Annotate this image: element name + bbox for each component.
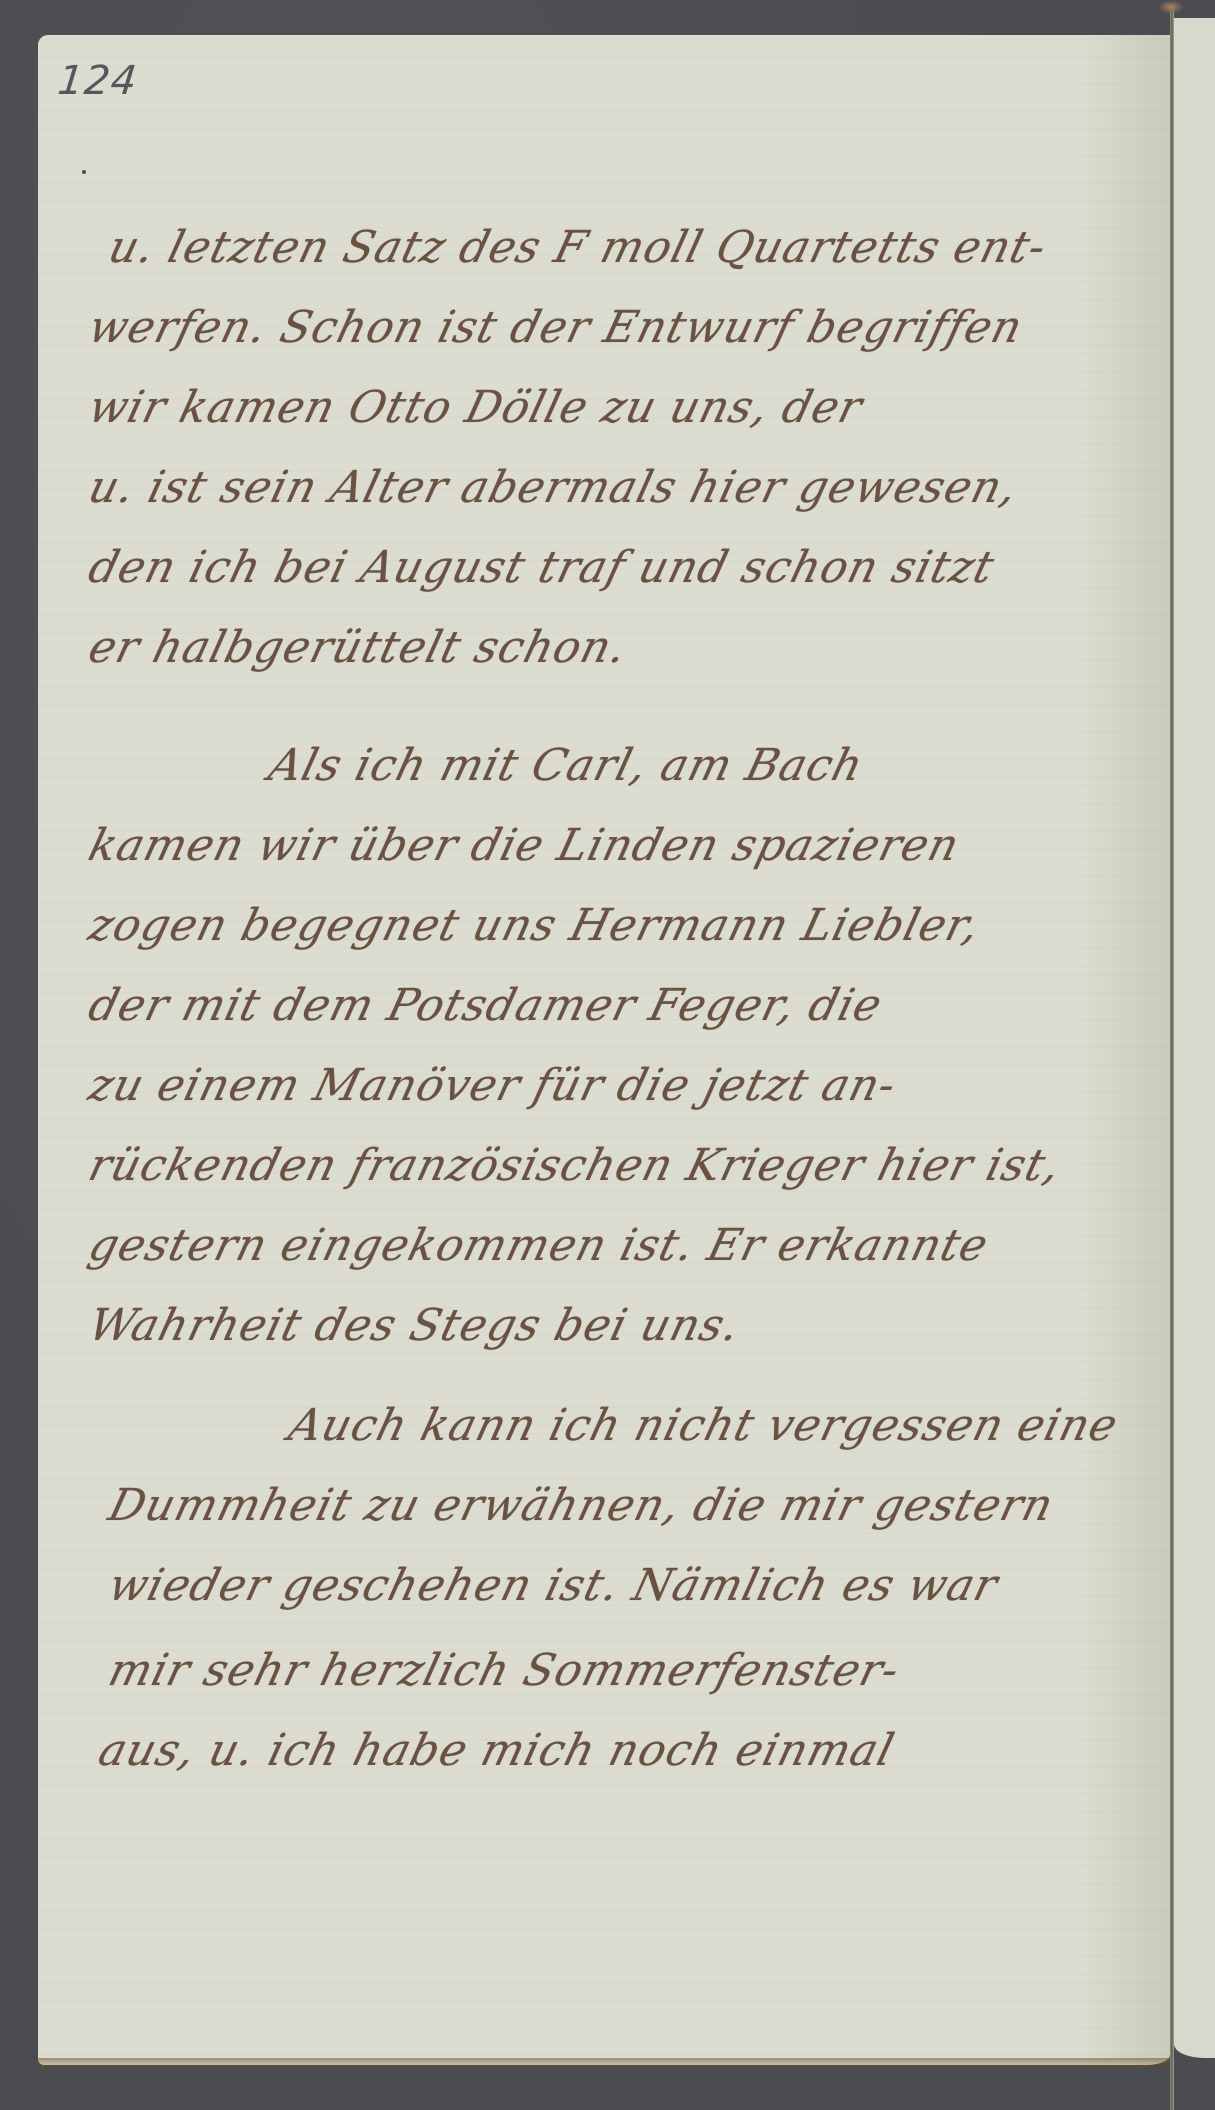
- handwritten-line: Dummheit zu erwähnen, die mir gestern: [104, 1480, 1059, 1531]
- handwritten-line: zu einem Manöver für die jetzt an-: [84, 1060, 902, 1111]
- handwritten-line: zogen begegnet uns Hermann Liebler,: [84, 900, 986, 951]
- handwritten-line: den ich bei August traf und schon sitzt: [84, 542, 1000, 593]
- handwritten-line: u. letzten Satz des F moll Quartetts ent…: [104, 222, 1052, 273]
- handwritten-line: gestern eingekommen ist. Er erkannte: [84, 1220, 994, 1271]
- handwritten-line: er halbgerüttelt schon.: [84, 622, 633, 673]
- binding-gutter: [1170, 10, 1174, 2110]
- handwritten-line: kamen wir über die Linden spazieren: [84, 820, 965, 871]
- next-page-edge: [1174, 18, 1215, 2058]
- handwritten-line: der mit dem Potsdamer Feger, die: [84, 980, 888, 1031]
- handwritten-line: Wahrheit des Stegs bei uns.: [84, 1300, 746, 1351]
- ink-spot: [82, 170, 86, 174]
- handwritten-line: rückenden französischen Krieger hier ist…: [84, 1140, 1066, 1191]
- handwritten-line: u. ist sein Alter abermals hier gewesen,: [84, 462, 1023, 513]
- handwritten-line: wieder geschehen ist. Nämlich es war: [104, 1560, 1004, 1611]
- handwritten-line: Als ich mit Carl, am Bach: [264, 740, 869, 791]
- handwritten-line: mir sehr herzlich Sommerfenster-: [104, 1645, 905, 1696]
- page-bottom-edge: [38, 2058, 1170, 2068]
- handwritten-line: wir kamen Otto Dölle zu uns, der: [84, 382, 868, 433]
- handwritten-line: Auch kann ich nicht vergessen eine: [284, 1400, 1124, 1451]
- handwritten-line: werfen. Schon ist der Entwurf begriffen: [84, 302, 1028, 353]
- page-number: 124: [56, 58, 140, 104]
- handwritten-line: aus, u. ich habe mich noch einmal: [94, 1725, 900, 1776]
